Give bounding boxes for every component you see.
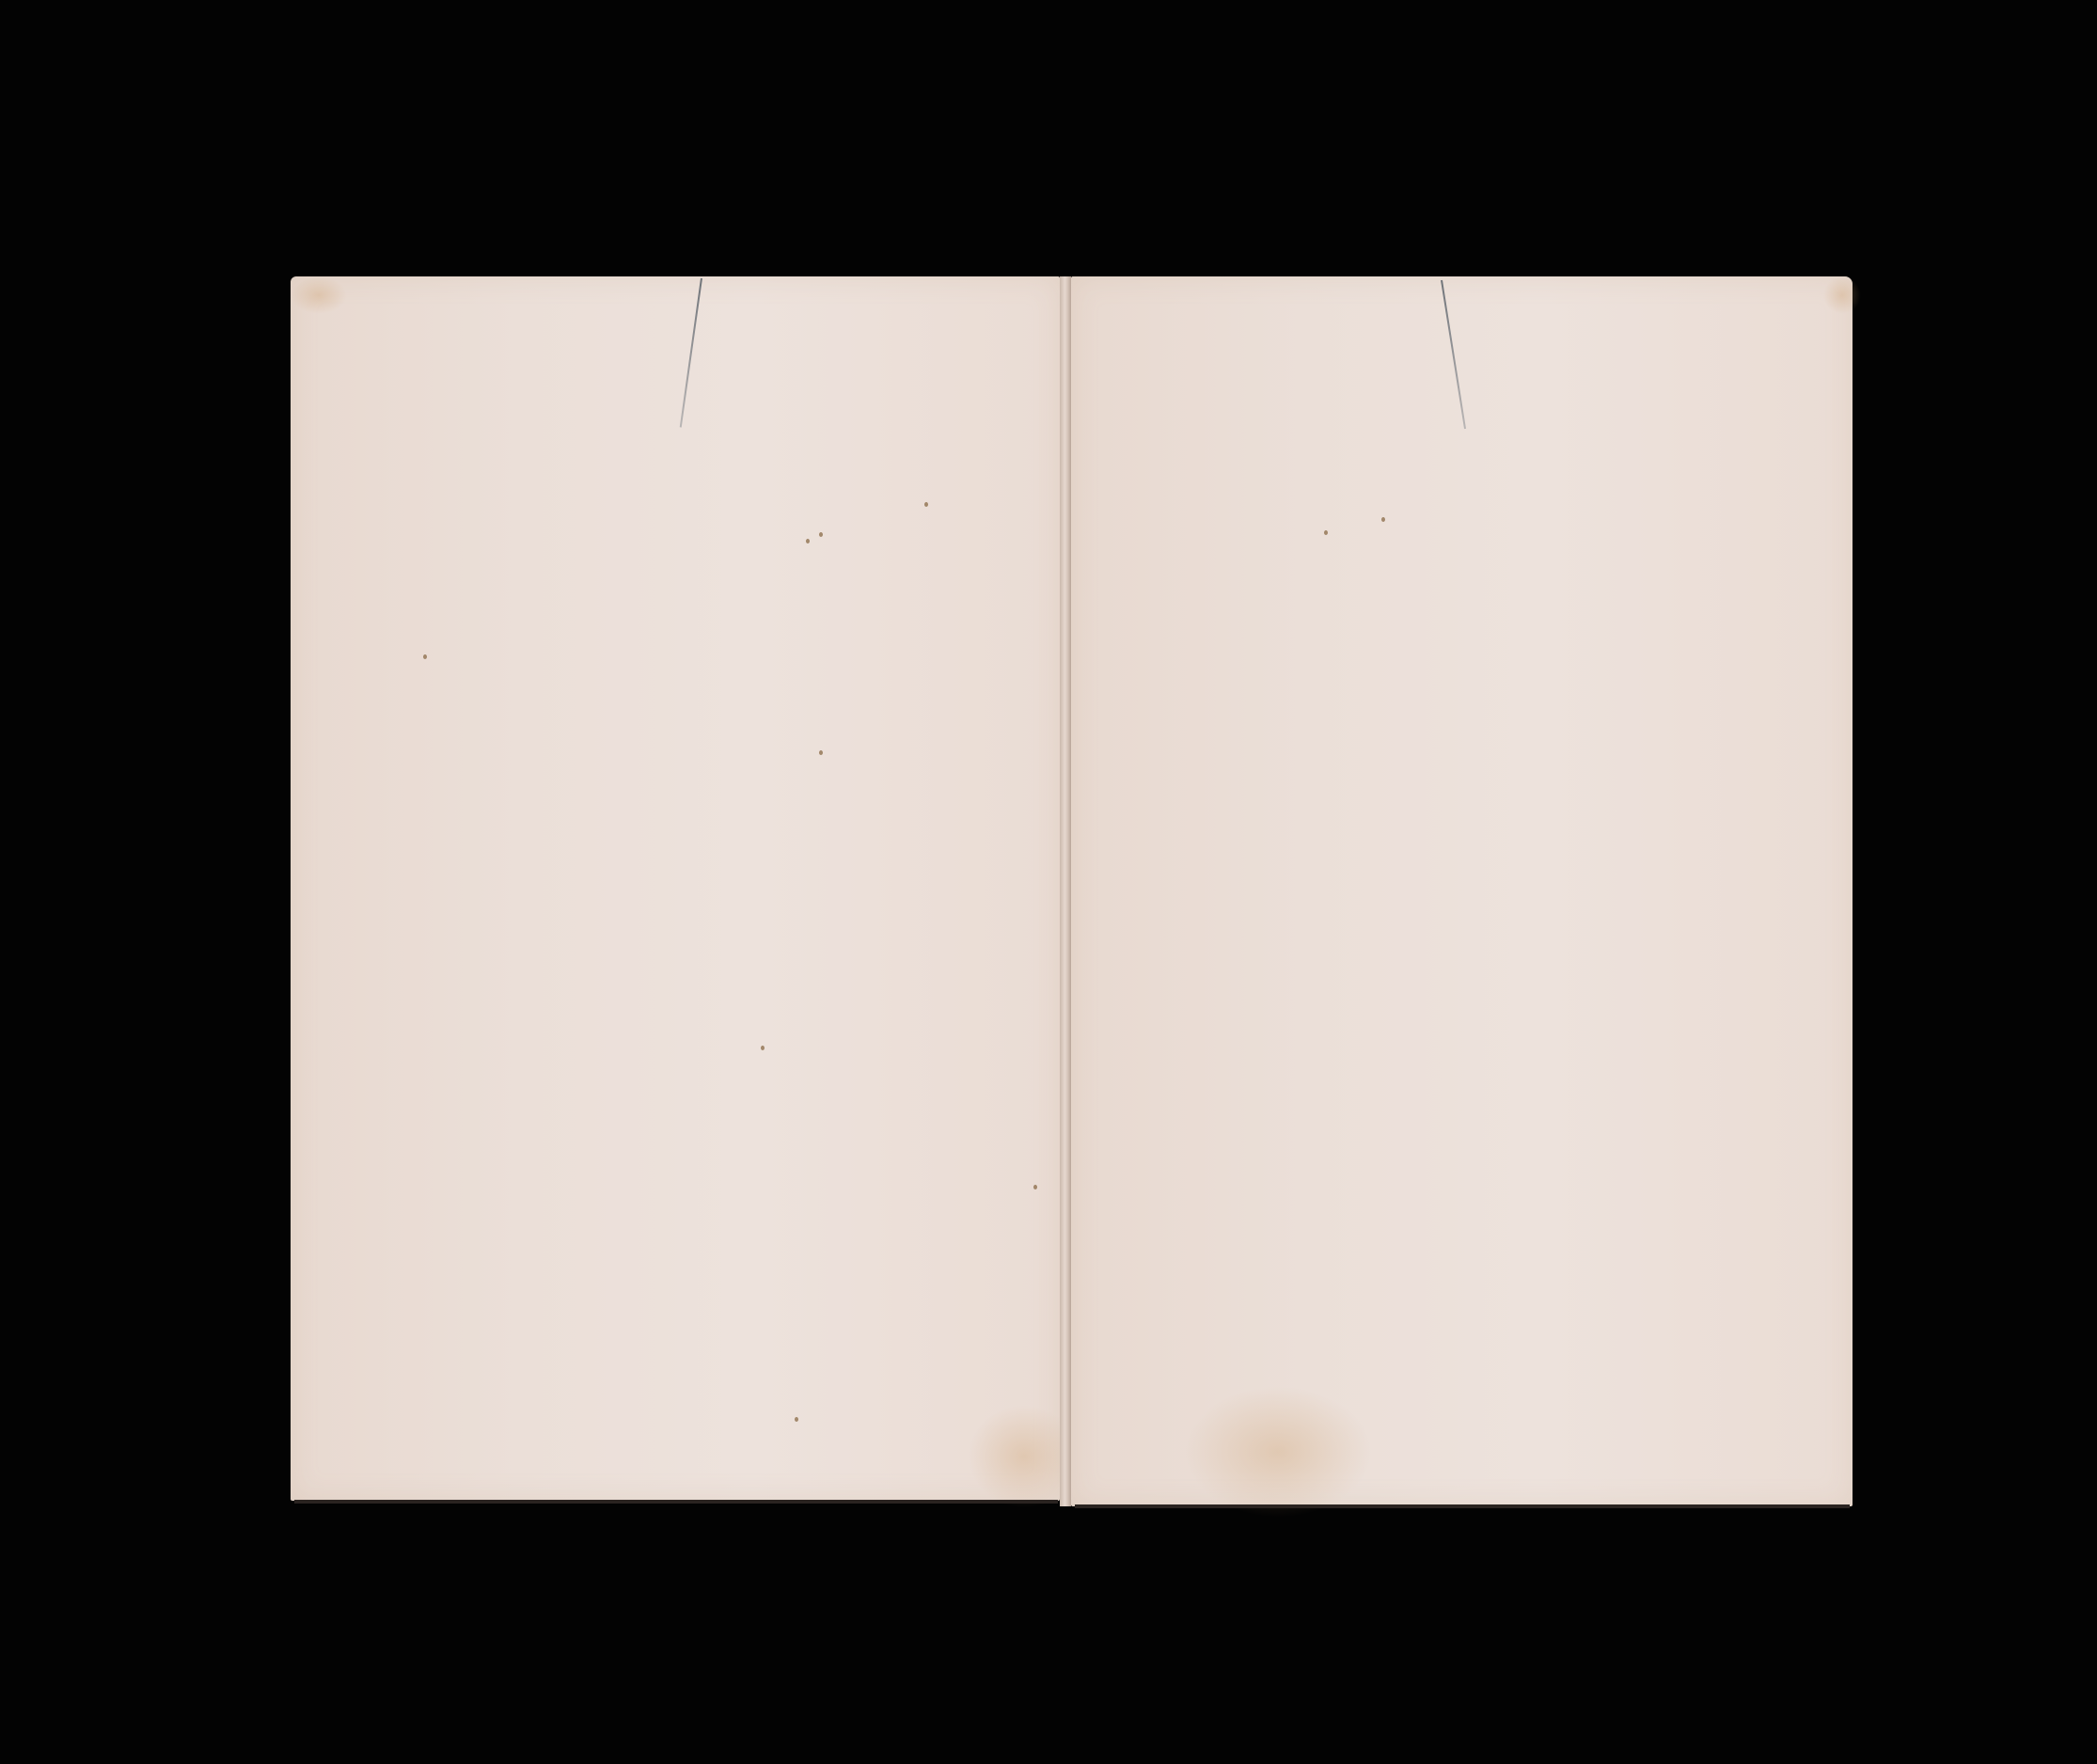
spot-mark — [924, 502, 928, 507]
spot-mark — [819, 532, 823, 537]
pencil-mark — [1441, 280, 1466, 429]
folded-card — [291, 276, 1853, 1506]
spot-mark — [1033, 1185, 1037, 1189]
stain — [291, 276, 347, 314]
spot-mark — [795, 1417, 798, 1422]
spot-mark — [423, 654, 427, 659]
stain — [1184, 1386, 1372, 1518]
spot-mark — [806, 539, 810, 543]
stain — [1823, 276, 1861, 314]
card-left-panel — [291, 276, 1060, 1501]
card-fold-crease — [1060, 276, 1071, 1506]
card-bottom-edge — [1075, 1504, 1850, 1508]
pencil-mark — [680, 278, 702, 428]
card-bottom-edge — [294, 1500, 1058, 1504]
spot-mark — [1324, 530, 1328, 535]
spot-mark — [761, 1046, 765, 1050]
spot-mark — [1381, 517, 1385, 522]
card-right-panel — [1071, 276, 1853, 1506]
spot-mark — [819, 750, 823, 755]
